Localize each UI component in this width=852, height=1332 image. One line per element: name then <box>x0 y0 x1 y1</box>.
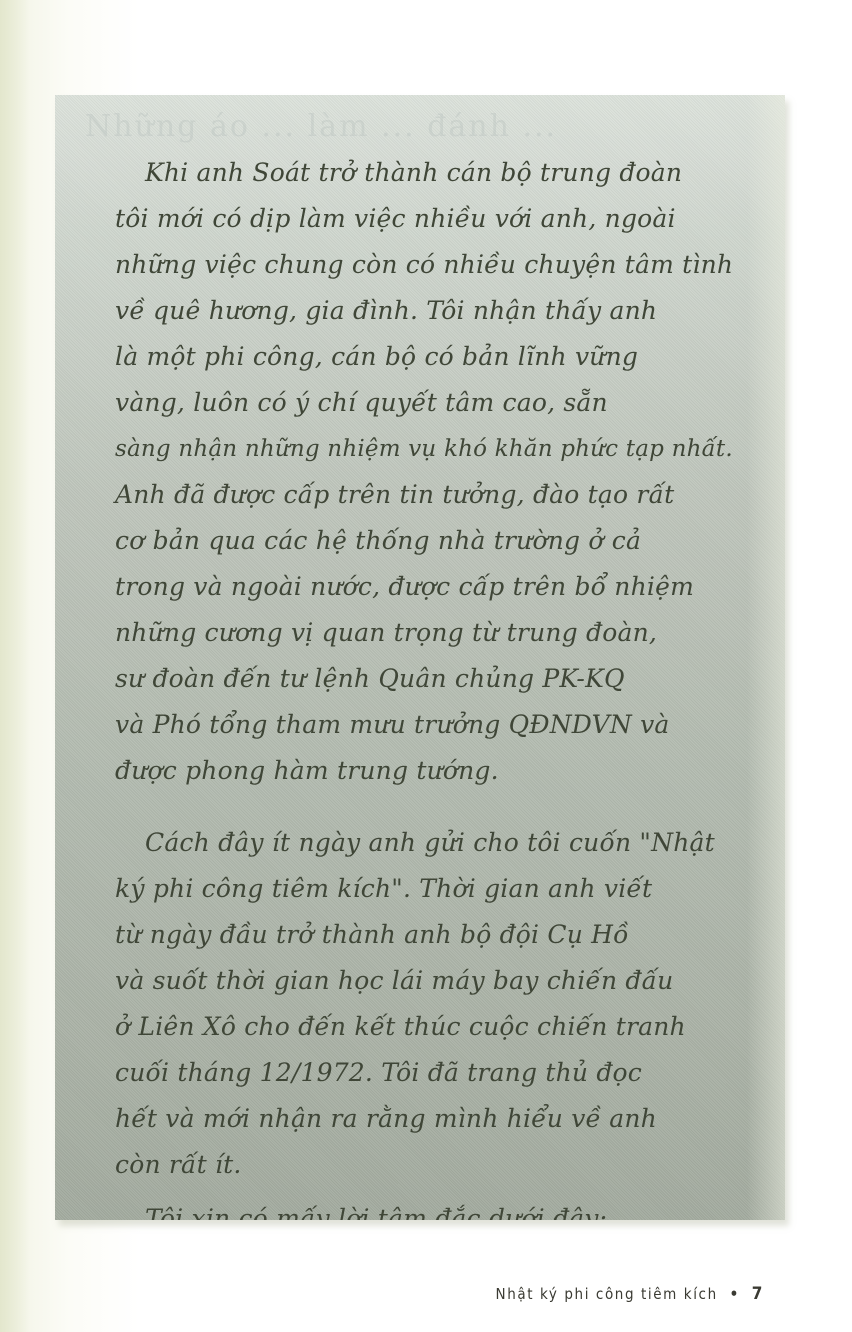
handwritten-line: những cương vị quan trọng từ trung đoàn, <box>115 610 755 656</box>
handwritten-line: vàng, luôn có ý chí quyết tâm cao, sẵn <box>115 380 755 426</box>
handwritten-line: Anh đã được cấp trên tin tưởng, đào tạo … <box>115 472 755 518</box>
handwritten-line: ký phi công tiêm kích". Thời gian anh vi… <box>115 866 755 912</box>
handwritten-line: trong và ngoài nước, được cấp trên bổ nh… <box>115 564 755 610</box>
handwritten-line: Khi anh Soát trở thành cán bộ trung đoàn <box>115 150 755 196</box>
handwritten-line: từ ngày đầu trở thành anh bộ đội Cụ Hồ <box>115 912 755 958</box>
handwritten-line: cuối tháng 12/1972. Tôi đã trang thủ đọc <box>115 1050 755 1096</box>
handwritten-line: là một phi công, cán bộ có bản lĩnh vững <box>115 334 755 380</box>
handwritten-line: sư đoàn đến tư lệnh Quân chủng PK-KQ <box>115 656 755 702</box>
handwritten-line: Cách đây ít ngày anh gửi cho tôi cuốn "N… <box>115 820 755 866</box>
bullet-separator-icon: • <box>730 1285 740 1303</box>
handwritten-line: Tôi xin có mấy lời tâm đắc dưới đây: <box>115 1196 755 1220</box>
handwritten-line: sàng nhận những nhiệm vụ khó khăn phức t… <box>115 426 755 472</box>
page-number: 7 <box>752 1284 764 1304</box>
book-page: Những áo ... làm ... đánh ... Khi anh So… <box>0 0 852 1332</box>
paragraph-gap <box>115 794 755 820</box>
handwritten-line: còn rất ít. <box>115 1142 755 1188</box>
handwritten-line: được phong hàm trung tướng. <box>115 748 755 794</box>
book-gutter-shadow <box>0 0 30 1332</box>
page-footer: Nhật ký phi công tiêm kích • 7 <box>496 1284 764 1304</box>
running-title: Nhật ký phi công tiêm kích <box>496 1285 718 1303</box>
handwritten-line: và suốt thời gian học lái máy bay chiến … <box>115 958 755 1004</box>
handwritten-line: cơ bản qua các hệ thống nhà trường ở cả <box>115 518 755 564</box>
handwritten-line: những việc chung còn có nhiều chuyện tâm… <box>115 242 755 288</box>
handwritten-letter-photo: Những áo ... làm ... đánh ... Khi anh So… <box>55 95 785 1220</box>
bleed-through-text: Những áo ... làm ... đánh ... <box>85 109 745 144</box>
handwritten-line: ở Liên Xô cho đến kết thúc cuộc chiến tr… <box>115 1004 755 1050</box>
handwritten-text-block: Khi anh Soát trở thành cán bộ trung đoàn… <box>115 150 755 1220</box>
paragraph-gap <box>115 1188 755 1196</box>
handwritten-line: tôi mới có dịp làm việc nhiều với anh, n… <box>115 196 755 242</box>
handwritten-line: về quê hương, gia đình. Tôi nhận thấy an… <box>115 288 755 334</box>
handwritten-line: hết và mới nhận ra rằng mình hiểu về anh <box>115 1096 755 1142</box>
handwritten-line: và Phó tổng tham mưu trưởng QĐNDVN và <box>115 702 755 748</box>
